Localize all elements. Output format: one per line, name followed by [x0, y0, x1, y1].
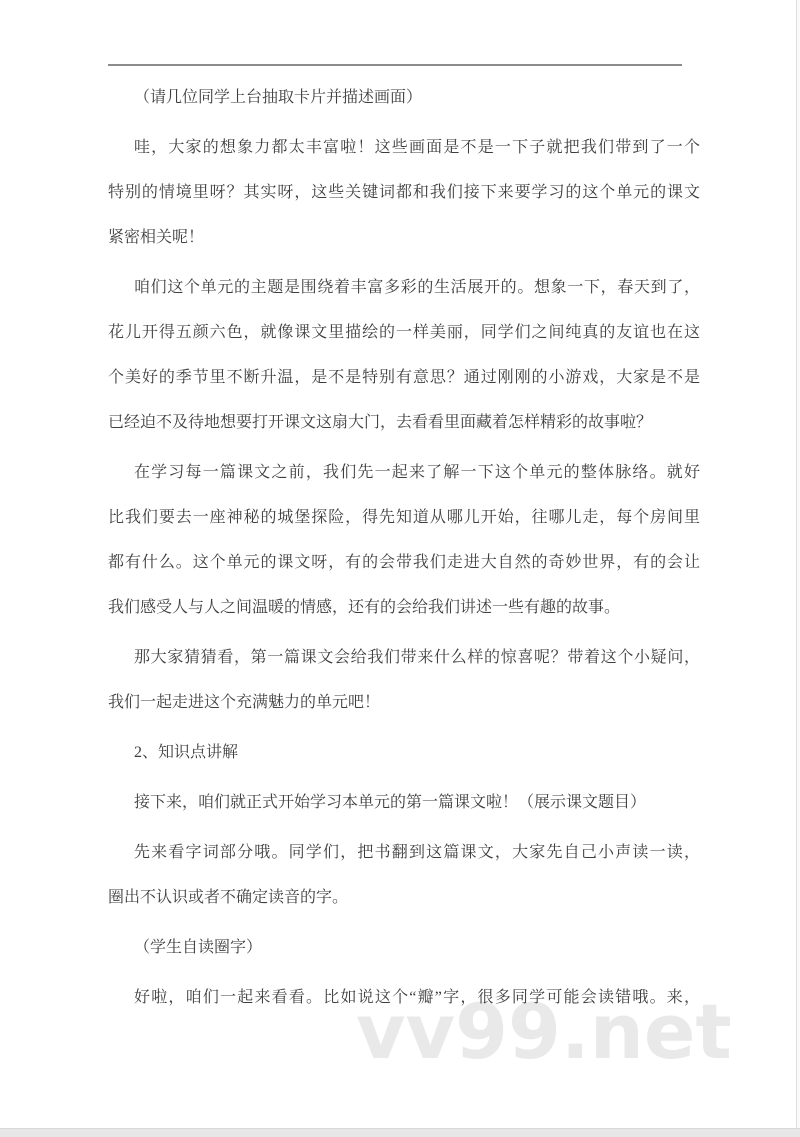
paragraph: 咱们这个单元的主题是围绕着丰富多彩的生活展开的。想象一下，春天到了， 花儿开得五…	[108, 265, 700, 445]
text-line: 在学习每一篇课文之前，我们先一起来了解一下这个单元的整体脉络。就好	[108, 450, 700, 495]
text-line: （请几位同学上台抽取卡片并描述画面）	[108, 75, 700, 120]
paragraph: 2、知识点讲解	[108, 730, 700, 775]
text-line: 比我们要去一座神秘的城堡探险，得先知道从哪儿开始，往哪儿走，每个房间里	[108, 495, 700, 540]
text-line: 咱们这个单元的主题是围绕着丰富多彩的生活展开的。想象一下，春天到了，	[108, 265, 700, 310]
horizontal-rule	[108, 64, 682, 66]
text-line: 圈出不认识或者不确定读音的字。	[108, 875, 700, 920]
document-viewer: { "page": { "background_color": "#ffffff…	[0, 0, 800, 1137]
text-line: 已经迫不及待地想要打开课文这扇大门，去看看里面藏着怎样精彩的故事啦？	[108, 400, 700, 445]
page-break-bar	[0, 1128, 800, 1137]
text-line: 哇，大家的想象力都太丰富啦！这些画面是不是一下子就把我们带到了一个	[108, 125, 700, 170]
paragraph: （请几位同学上台抽取卡片并描述画面）	[108, 75, 700, 120]
paragraph: 在学习每一篇课文之前，我们先一起来了解一下这个单元的整体脉络。就好 比我们要去一…	[108, 450, 700, 630]
text-line: 特别的情境里呀？其实呀，这些关键词都和我们接下来要学习的这个单元的课文	[108, 170, 700, 215]
paragraph: （学生自读圈字）	[108, 925, 700, 970]
text-line: 我们感受人与人之间温暖的情感，还有的会给我们讲述一些有趣的故事。	[108, 585, 700, 630]
text-line: 紧密相关呢！	[108, 215, 700, 260]
text-line: （学生自读圈字）	[108, 925, 700, 970]
text-line: 都有什么。这个单元的课文呀，有的会带我们走进大自然的奇妙世界，有的会让	[108, 540, 700, 585]
text-line: 那大家猜猜看，第一篇课文会给我们带来什么样的惊喜呢？带着这个小疑问，	[108, 635, 700, 680]
text-line: 好啦，咱们一起来看看。比如说这个“瓣”字，很多同学可能会读错哦。来，	[108, 975, 700, 1020]
text-line: 我们一起走进这个充满魅力的单元吧！	[108, 680, 700, 725]
document-page: vv99.net （请几位同学上台抽取卡片并描述画面） 哇，大家的想象力都太丰富…	[0, 0, 800, 1137]
text-line: 接下来，咱们就正式开始学习本单元的第一篇课文啦！（展示课文题目）	[108, 780, 700, 825]
text-line: 先来看字词部分哦。同学们，把书翻到这篇课文，大家先自己小声读一读，	[108, 830, 700, 875]
paragraph: 那大家猜猜看，第一篇课文会给我们带来什么样的惊喜呢？带着这个小疑问， 我们一起走…	[108, 635, 700, 725]
paragraph: 好啦，咱们一起来看看。比如说这个“瓣”字，很多同学可能会读错哦。来，	[108, 975, 700, 1020]
text-line: 个美好的季节里不断升温，是不是特别有意思？通过刚刚的小游戏，大家是不是	[108, 355, 700, 400]
text-line: 花儿开得五颜六色，就像课文里描绘的一样美丽，同学们之间纯真的友谊也在这	[108, 310, 700, 355]
document-body: （请几位同学上台抽取卡片并描述画面） 哇，大家的想象力都太丰富啦！这些画面是不是…	[108, 75, 700, 1025]
paragraph: 先来看字词部分哦。同学们，把书翻到这篇课文，大家先自己小声读一读， 圈出不认识或…	[108, 830, 700, 920]
paragraph: 接下来，咱们就正式开始学习本单元的第一篇课文啦！（展示课文题目）	[108, 780, 700, 825]
paragraph: 哇，大家的想象力都太丰富啦！这些画面是不是一下子就把我们带到了一个 特别的情境里…	[108, 125, 700, 260]
section-heading: 2、知识点讲解	[108, 730, 700, 775]
